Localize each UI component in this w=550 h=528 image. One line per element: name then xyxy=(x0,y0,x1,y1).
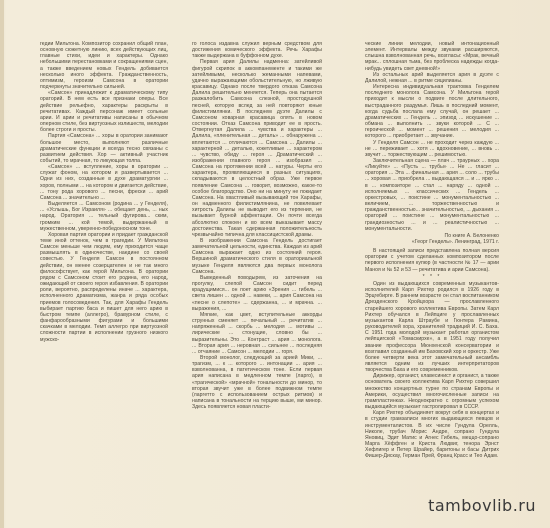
paragraph: Второй монолог, следующий за арией Мики,… xyxy=(192,355,322,410)
paragraph: Мягкие, как цвет, вступительные аккорды … xyxy=(192,312,322,355)
paragraph: гедии Мильтона. Композитор сохранил общи… xyxy=(40,41,168,90)
paragraph: «Самсон» принадлежит к драматическому ти… xyxy=(40,90,168,133)
paragraph: Заключительная сцена — плач ... траурных… xyxy=(365,158,499,232)
paragraph: Первая ария Далилы надменна: затейливой … xyxy=(192,59,322,238)
source-attribution: По книге А. Белоненко «Георг Гендель». Л… xyxy=(365,233,499,245)
paragraph: «Самсон» ... вступление, хоры в оратории… xyxy=(40,164,168,201)
page-gutter xyxy=(0,0,4,528)
scanned-page: гедии Мильтона. Композитор сохранил общи… xyxy=(0,0,550,528)
paragraph: Выведенный поводырем, из заточения на пр… xyxy=(192,275,322,312)
paragraph: В изображении Самсона Гендель достигает … xyxy=(192,238,322,275)
paragraph: Хоровая партия оратории и придает гражда… xyxy=(40,232,168,343)
paragraph: Дирижер, органист, клавесинист и органис… xyxy=(365,373,499,410)
paragraph: Выделяется ... Самсоном (родина ... у Ге… xyxy=(40,201,168,232)
paragraph: Один из выдающихся современных музыканто… xyxy=(365,281,499,373)
paragraph: В настоящей записи представлена полная в… xyxy=(365,248,499,273)
text-column-1: гедии Мильтона. Композитор сохранил общи… xyxy=(40,41,168,343)
paragraph: ческие линии мелодии, новый интонационны… xyxy=(365,41,499,72)
paragraph: У Генделя Самсон ... не проходит через к… xyxy=(365,140,499,158)
text-column-3: ческие линии мелодии, новый интонационны… xyxy=(365,41,499,459)
paragraph: го голоса издавна служил верным средство… xyxy=(192,41,322,59)
paragraph: Карл Рихтер объединяет вокруг себя в кон… xyxy=(365,410,499,459)
paragraph: Из остальных арий выделяется ария в дуэт… xyxy=(365,72,499,84)
paragraph: Интересна индивидуальная трактовка Генде… xyxy=(365,84,499,139)
section-separator: * * * xyxy=(365,274,499,280)
paragraph: Партия «Самсона» ... хоры в оратории зан… xyxy=(40,133,168,164)
text-column-2: го голоса издавна служил верным средство… xyxy=(192,41,322,410)
site-watermark: tambovlib.ru xyxy=(428,496,536,515)
